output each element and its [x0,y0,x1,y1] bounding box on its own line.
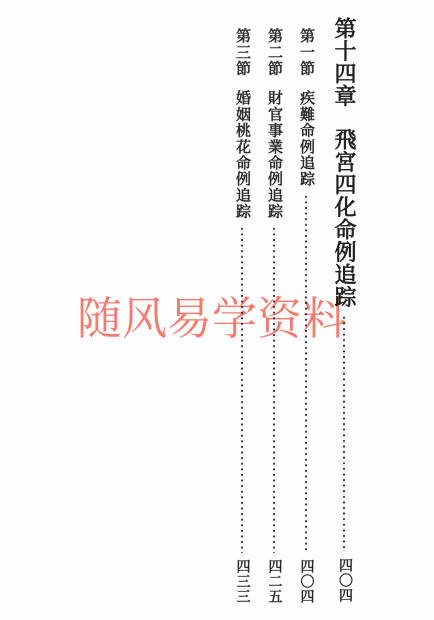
toc-entry-section-3: 第三節 婚姻桃花命例追踪 四三三 [231,28,252,604]
toc-entry-chapter: 第十四章 飛宮四化命例追踪 四〇四 [329,17,359,603]
chapter-label: 第十四章 [333,17,355,107]
section-3-page-number: 四三三 [235,559,249,604]
section-3-label: 第三節 [234,28,249,77]
section-2-title: 財官事業命例追踪 [266,90,281,220]
dot-leader [273,226,275,553]
toc-entry-section-2: 第二節 財官事業命例追踪 四二五 [263,28,284,604]
section-2-page-number: 四二五 [267,559,281,604]
dot-leader [241,226,243,553]
section-1-page-number: 四〇四 [299,559,313,604]
section-3-title: 婚姻桃花命例追踪 [234,90,249,220]
toc-entry-section-1: 第一節 疾難命例追踪 四〇四 [295,28,316,604]
section-1-title: 疾難命例追踪 [298,90,313,187]
dot-leader [305,194,307,553]
toc-page: 第十四章 飛宮四化命例追踪 四〇四 第一節 疾難命例追踪 四〇四 第二節 財官事… [0,0,434,620]
section-2-label: 第二節 [266,28,281,77]
section-1-label: 第一節 [298,28,313,77]
chapter-page-number: 四〇四 [337,558,351,603]
chapter-title: 飛宮四化命例追踪 [333,128,355,308]
dot-leader [343,315,345,552]
